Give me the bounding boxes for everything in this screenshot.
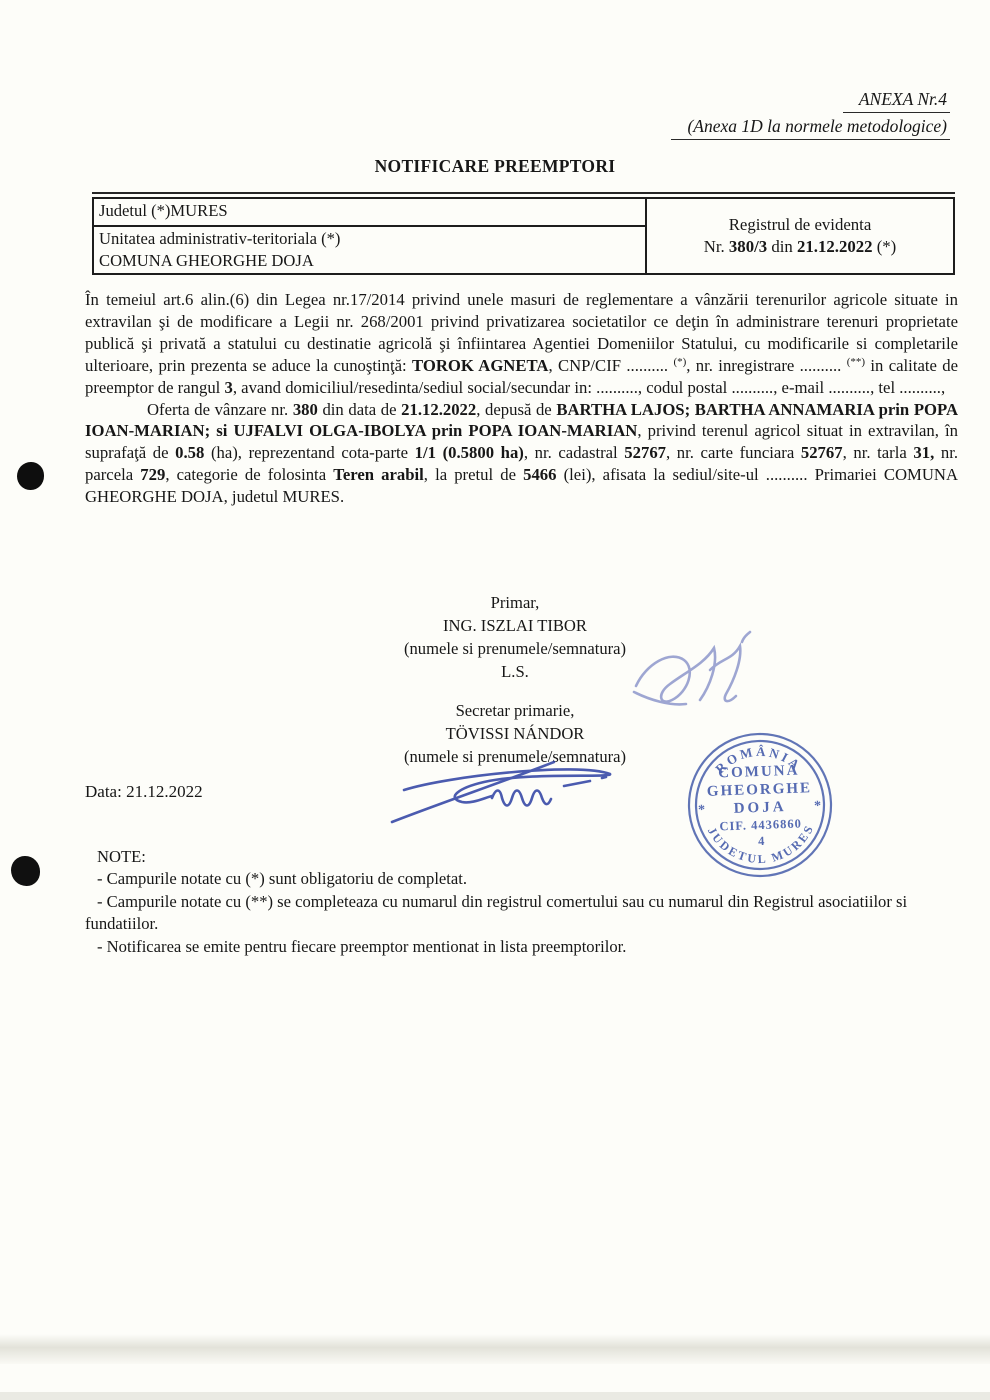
primar-role: Primar,: [280, 591, 750, 614]
registry-table: Judetul (*)MURES Unitatea administrativ-…: [92, 197, 955, 275]
date-line: Data: 21.12.2022: [85, 782, 203, 802]
punch-hole-top: [17, 462, 44, 490]
stamp-org-line1: COMUNA: [718, 763, 800, 782]
notes-section: NOTE: - Campurile notate cu (*) sunt obl…: [85, 846, 965, 958]
stamp-star-left: *: [698, 803, 706, 818]
scan-noise-band: [0, 1334, 990, 1364]
annex-header: ANEXA Nr.4 (Anexa 1D la normele metodolo…: [671, 86, 950, 140]
cell-registry: Registrul de evidenta Nr. 380/3 din 21.1…: [647, 199, 953, 273]
uat-value: COMUNA GHEORGHE DOJA: [99, 250, 641, 272]
cell-uat: Unitatea administrativ-teritoriala (*) C…: [94, 227, 647, 273]
paragraph-offer: Oferta de vânzare nr. 380 din data de 21…: [85, 399, 958, 509]
registry-label: Registrul de evidenta: [729, 214, 872, 236]
cell-judet: Judetul (*)MURES: [94, 199, 647, 227]
secretar-handwritten-signature: [388, 746, 658, 826]
notes-heading: NOTE:: [97, 846, 965, 868]
annex-line-2: (Anexa 1D la normele metodologice): [671, 113, 950, 140]
note-item: - Campurile notate cu (**) se completeaz…: [85, 891, 965, 936]
scanned-document-page: ANEXA Nr.4 (Anexa 1D la normele metodolo…: [0, 0, 990, 1400]
uat-label: Unitatea administrativ-teritoriala (*): [99, 228, 641, 250]
stamp-org-line2: GHEORGHE: [707, 780, 813, 800]
registry-number: Nr. 380/3 din 21.12.2022 (*): [704, 236, 897, 258]
paragraph-legal-basis: În temeiul art.6 alin.(6) din Legea nr.1…: [85, 289, 958, 399]
annex-line-1: ANEXA Nr.4: [843, 86, 950, 113]
primar-handwritten-signature: [626, 630, 776, 724]
document-title: NOTIFICARE PREEMPTORI: [0, 156, 990, 177]
scan-noise-edge: [0, 1392, 990, 1400]
note-item: - Campurile notate cu (*) sunt obligator…: [85, 868, 965, 890]
stamp-org-line3: DOJA: [733, 799, 786, 817]
document-body: În temeiul art.6 alin.(6) din Legea nr.1…: [85, 289, 958, 508]
stamp-cif: CIF. 4436860: [719, 817, 802, 834]
note-item: - Notificarea se emite pentru fiecare pr…: [85, 936, 965, 958]
table-top-rule: [92, 192, 955, 194]
punch-hole-bottom: [11, 856, 40, 886]
stamp-star-right: *: [814, 799, 822, 814]
